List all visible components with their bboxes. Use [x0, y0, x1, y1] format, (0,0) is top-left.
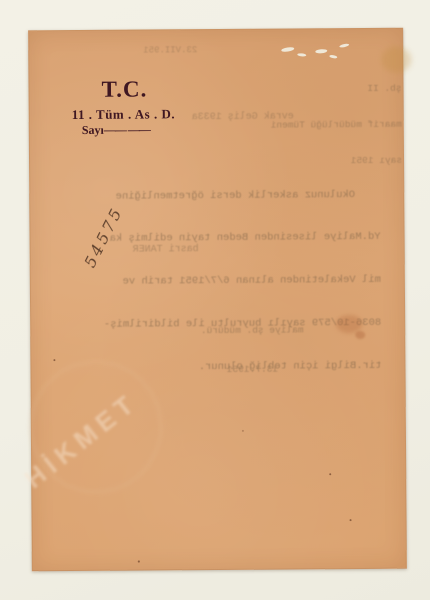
sayi-dashes: —— ——	[104, 122, 150, 136]
showthrough-signature-block: maliye şb. müdürü. 13.7.1951	[181, 297, 324, 402]
letterhead-unit: 11 . Tüm . As . D.	[72, 106, 176, 123]
paper-speck	[350, 519, 352, 521]
showthrough-top-left-line: 23.VII.951	[85, 45, 197, 56]
paper-damage-nick	[339, 43, 349, 48]
showthrough-ref-line: evrak Geliş 1933a	[170, 111, 294, 123]
showthrough-body-line: mil Vekaletinden alınan 6/7/1951 tarih v…	[47, 273, 381, 290]
showthrough-line: maarif müdürlüğü Tümeni	[278, 119, 402, 132]
paper-stain	[381, 47, 411, 73]
showthrough-body-line: Okulunuz askerlik dersi öğretmenliğine	[46, 187, 380, 204]
paper-damage-nick	[281, 47, 294, 53]
paper-damage-nick	[329, 55, 337, 59]
sayi-label: Sayı	[82, 123, 104, 137]
paper-stain	[355, 331, 365, 339]
showthrough-line: şb. II	[277, 83, 401, 96]
showthrough-signature-line: 13.7.1951	[181, 362, 323, 376]
letterhead-sayi-row: Sayı—— ——	[82, 122, 150, 137]
document-paper: T.C. 11 . Tüm . As . D. Sayı—— —— 23.VII…	[28, 28, 407, 572]
paper-speck	[329, 473, 331, 475]
letterhead-tc: T.C.	[101, 76, 147, 102]
paper-damage-nick	[297, 53, 306, 57]
paper-speck	[242, 430, 244, 432]
paper-damage-nick	[315, 49, 327, 54]
paper-speck	[53, 359, 55, 361]
paper-speck	[138, 561, 140, 563]
scan-background: T.C. 11 . Tüm . As . D. Sayı—— —— 23.VII…	[0, 0, 430, 600]
showthrough-signature-line: maliye şb. müdürü.	[181, 323, 323, 337]
